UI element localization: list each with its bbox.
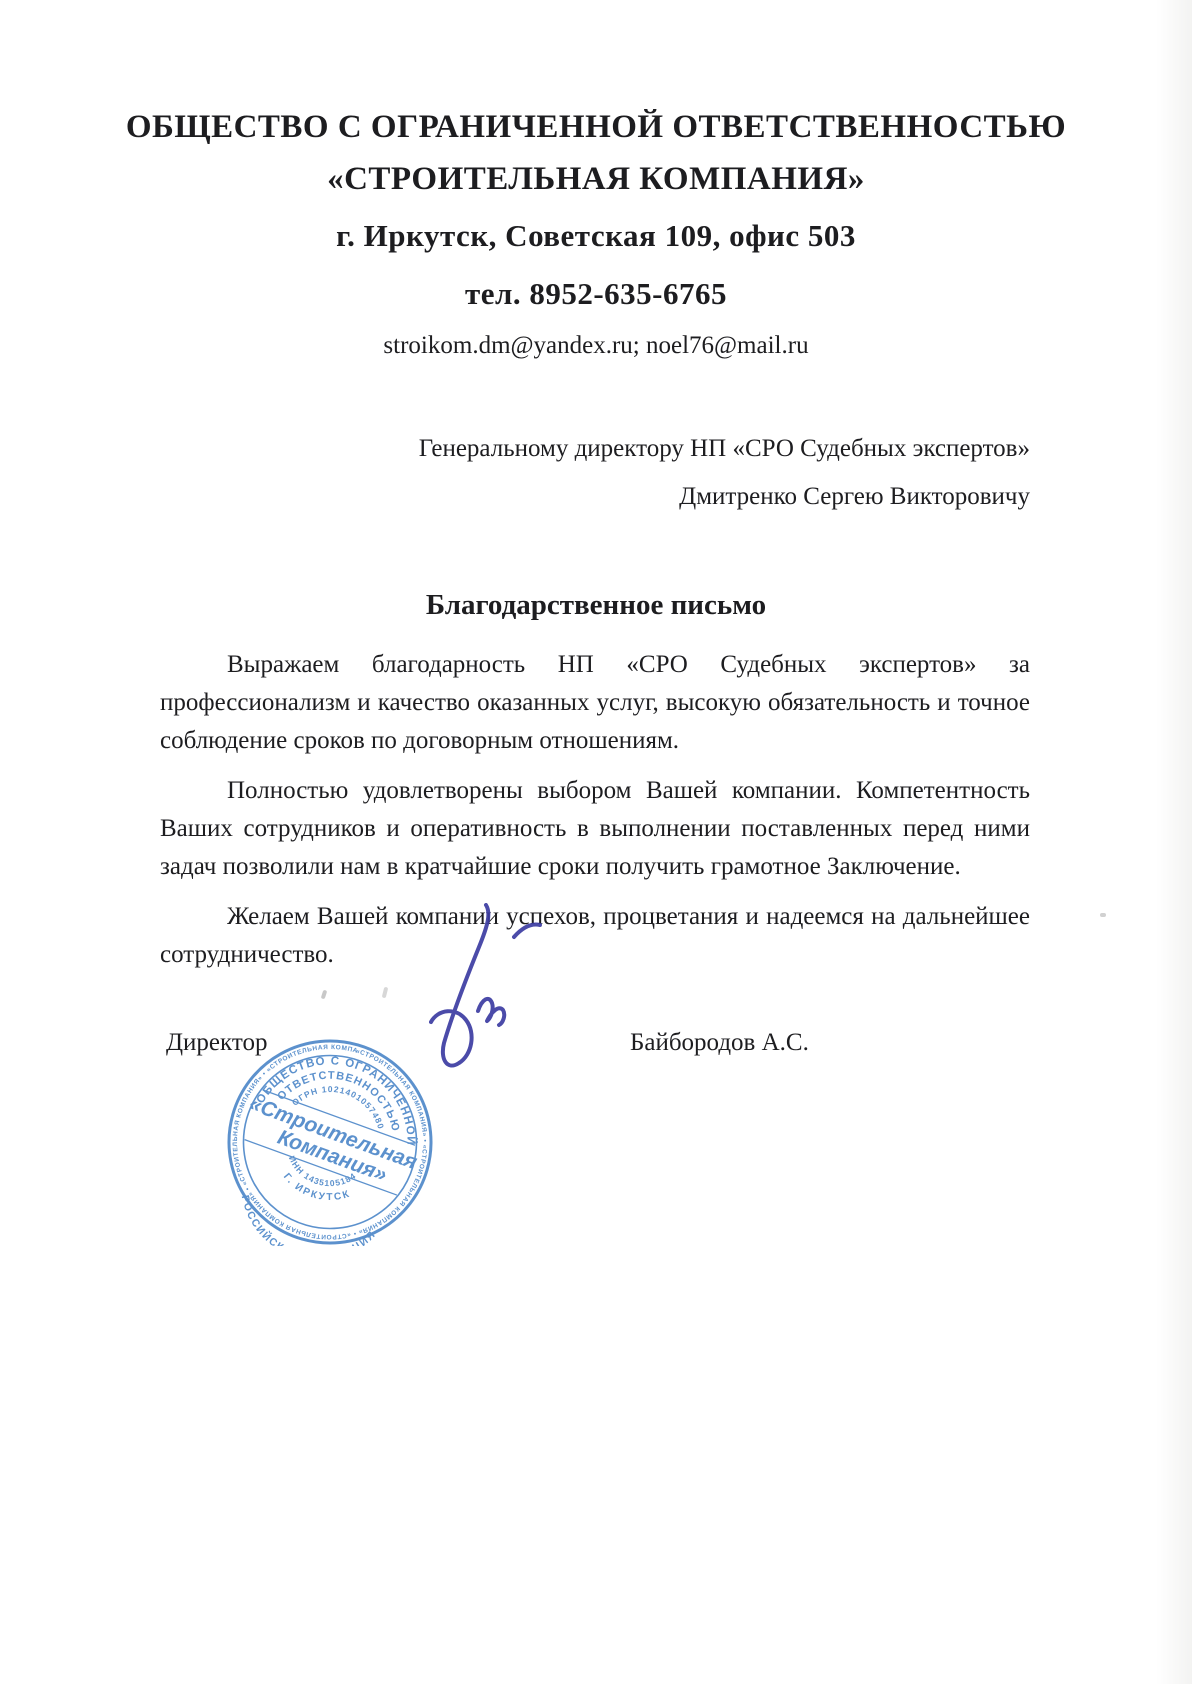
paragraph-3: Желаем Вашей компании успехов, процветан…	[160, 898, 1030, 974]
scan-speck-3	[1100, 913, 1106, 917]
letter-body: Выражаем благодарность НП «СРО Судебных …	[160, 646, 1030, 986]
org-name-line2: «СТРОИТЕЛЬНАЯ КОМПАНИЯ»	[0, 163, 1192, 196]
scan-speck-1	[321, 990, 328, 1000]
scanned-letter-page: ОБЩЕСТВО С ОГРАНИЧЕННОЙ ОТВЕТСТВЕННОСТЬЮ…	[0, 0, 1192, 1684]
svg-text:РОССИЙСКАЯ ФЕДЕРАЦИЯ: РОССИЙСКАЯ ФЕДЕРАЦИЯ	[226, 1191, 380, 1246]
paragraph-1: Выражаем благодарность НП «СРО Судебных …	[160, 646, 1030, 760]
signature-stroke-dash	[514, 925, 540, 937]
addressee-line2: Дмитренко Сергею Викторовичу	[679, 484, 1030, 509]
org-name-line1: ОБЩЕСТВО С ОГРАНИЧЕННОЙ ОТВЕТСТВЕННОСТЬЮ	[0, 111, 1192, 144]
signature-stroke-m	[478, 999, 504, 1025]
org-phone: тел. 8952-635-6765	[0, 278, 1192, 309]
signature-stroke-main	[431, 905, 488, 1066]
addressee-line1: Генеральному директору НП «СРО Судебных …	[419, 436, 1030, 461]
stamp-country: РОССИЙСКАЯ ФЕДЕРАЦИЯ	[226, 1191, 380, 1246]
org-address: г. Иркутск, Советская 109, офис 503	[0, 220, 1192, 251]
org-emails: stroikom.dm@yandex.ru; noel76@mail.ru	[0, 333, 1192, 358]
signer-name: Байбородов А.С.	[630, 1030, 809, 1055]
letter-title: Благодарственное письмо	[160, 591, 1032, 620]
scan-speck-2	[382, 987, 389, 999]
company-stamp: «СТРОИТЕЛЬНАЯ КОМПАНИЯ» • «СТРОИТЕЛЬНАЯ …	[226, 1038, 434, 1246]
paragraph-2: Полностью удовлетворены выбором Вашей ко…	[160, 772, 1030, 886]
